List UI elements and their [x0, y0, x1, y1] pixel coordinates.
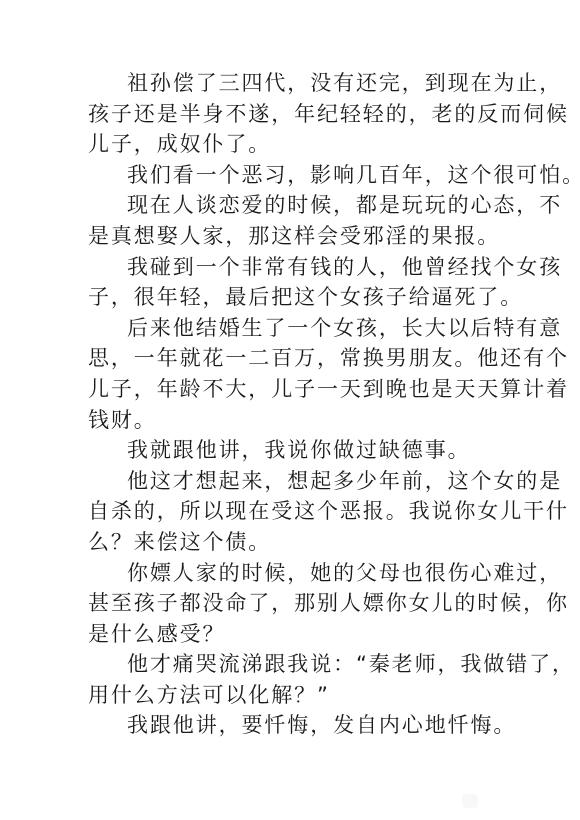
paragraph: 祖孙偿了三四代，没有还完，到现在为止， 孩子还是半身不遂，年纪轻轻的，老的反而伺…: [88, 68, 508, 160]
text-line: 是什么感受？: [88, 619, 508, 650]
paragraph: 现在人谈恋爱的时候，都是玩玩的心态，不 是真想娶人家，那这样会受邪淫的果报。: [88, 190, 508, 251]
text-line: 我就跟他讲，我说你做过缺德事。: [88, 435, 508, 466]
paragraph: 我跟他讲，要忏悔，发自内心地忏悔。: [88, 710, 508, 741]
text-line: 么？来偿这个债。: [88, 527, 508, 558]
text-line: 儿子，成奴仆了。: [88, 129, 508, 160]
text-line: 甚至孩子都没命了，那别人嫖你女儿的时候，你: [88, 588, 508, 619]
text-line: 自杀的，所以现在受这个恶报。我说你女儿干什: [88, 496, 508, 527]
text-line: 后来他结婚生了一个女孩，长大以后特有意: [88, 313, 508, 344]
text-line: 他这才想起来，想起多少年前，这个女的是: [88, 466, 508, 497]
text-line: 你嫖人家的时候，她的父母也很伤心难过，: [88, 558, 508, 589]
paragraph: 他才痛哭流涕跟我说：“秦老师，我做错了， 用什么方法可以化解？”: [88, 649, 508, 710]
paragraph: 他这才想起来，想起多少年前，这个女的是 自杀的，所以现在受这个恶报。我说你女儿干…: [88, 466, 508, 558]
text-line: 思，一年就花一二百万，常换男朋友。他还有个: [88, 343, 508, 374]
text-line: 他才痛哭流涕跟我说：“秦老师，我做错了，: [88, 649, 508, 680]
text-line: 用什么方法可以化解？”: [88, 680, 508, 711]
document-body: 祖孙偿了三四代，没有还完，到现在为止， 孩子还是半身不遂，年纪轻轻的，老的反而伺…: [88, 68, 508, 741]
text-line: 钱财。: [88, 405, 508, 436]
text-line: 我碰到一个非常有钱的人，他曾经找个女孩: [88, 252, 508, 283]
paragraph: 我碰到一个非常有钱的人，他曾经找个女孩 子，很年轻，最后把这个女孩子给逼死了。: [88, 252, 508, 313]
paragraph: 后来他结婚生了一个女孩，长大以后特有意 思，一年就花一二百万，常换男朋友。他还有…: [88, 313, 508, 435]
text-line: 儿子，年龄不大，儿子一天到晚也是天天算计着: [88, 374, 508, 405]
text-line: 我跟他讲，要忏悔，发自内心地忏悔。: [88, 710, 508, 741]
text-line: 现在人谈恋爱的时候，都是玩玩的心态，不: [88, 190, 508, 221]
text-line: 是真想娶人家，那这样会受邪淫的果报。: [88, 221, 508, 252]
text-line: 我们看一个恶习，影响几百年，这个很可怕。: [88, 160, 508, 191]
paragraph: 我就跟他讲，我说你做过缺德事。: [88, 435, 508, 466]
text-line: 孩子还是半身不遂，年纪轻轻的，老的反而伺候: [88, 99, 508, 130]
text-line: 祖孙偿了三四代，没有还完，到现在为止，: [88, 68, 508, 99]
text-line: 子，很年轻，最后把这个女孩子给逼死了。: [88, 282, 508, 313]
watermark-icon: [462, 794, 478, 808]
paragraph: 你嫖人家的时候，她的父母也很伤心难过， 甚至孩子都没命了，那别人嫖你女儿的时候，…: [88, 558, 508, 650]
paragraph: 我们看一个恶习，影响几百年，这个很可怕。: [88, 160, 508, 191]
